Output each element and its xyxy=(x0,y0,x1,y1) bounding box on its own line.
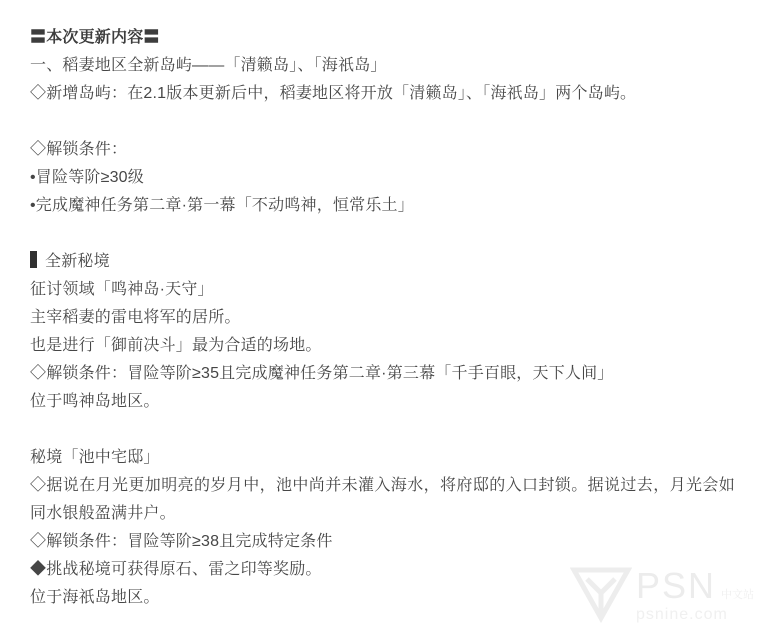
tenshukaku-location-line: 位于鸣神岛地区。 xyxy=(30,388,735,416)
pond-estate-name-line: 秘境「池中宅邸」 xyxy=(30,444,735,472)
islands-unlock-heading: ◇解锁条件： xyxy=(30,136,735,164)
psnine-brand-suffix: 中文站 xyxy=(721,590,754,601)
paragraph-gap xyxy=(30,108,735,136)
tenshukaku-desc-line: 也是进行「御前决斗」最为合适的场地。 xyxy=(30,332,735,360)
psnine-triangle-logo-icon xyxy=(570,563,632,628)
paragraph-gap xyxy=(30,220,735,248)
update-notes-content: 〓本次更新内容〓 一、稻妻地区全新岛屿——「清籁岛」、「海祇岛」 ◇新增岛屿：在… xyxy=(30,24,735,612)
update-notes-page: { "page": { "background": "#ffffff", "te… xyxy=(0,0,760,634)
new-islands-line: ◇新增岛屿：在2.1版本更新后中，稻妻地区将开放「清籁岛」、「海祇岛」两个岛屿。 xyxy=(30,80,735,108)
islands-unlock-item: •完成魔神任务第二章·第一幕「不动鸣神，恒常乐土」 xyxy=(30,192,735,220)
domains-section-heading: 全新秘境 xyxy=(30,248,735,276)
section-bar-icon xyxy=(30,251,37,268)
islands-section-heading: 一、稻妻地区全新岛屿——「清籁岛」、「海祇岛」 xyxy=(30,52,735,80)
psnine-watermark-text: PSN 中文站 psnine.com xyxy=(636,568,754,624)
tenshukaku-name-line: 征讨领域「鸣神岛·天守」 xyxy=(30,276,735,304)
psnine-brand-row: PSN 中文站 xyxy=(636,568,754,604)
psnine-site-label: psnine.com xyxy=(636,606,754,624)
islands-unlock-item: •冒险等阶≥30级 xyxy=(30,164,735,192)
update-title: 〓本次更新内容〓 xyxy=(30,24,735,52)
pond-estate-desc: ◇据说在月光更加明亮的岁月中，池中尚并未灌入海水，将府邸的入口封锁。据说过去，月… xyxy=(30,472,735,528)
psnine-watermark: PSN 中文站 psnine.com xyxy=(570,563,754,628)
tenshukaku-desc-line: 主宰稻妻的雷电将军的居所。 xyxy=(30,304,735,332)
pond-estate-unlock-line: ◇解锁条件：冒险等阶≥38且完成特定条件 xyxy=(30,528,735,556)
paragraph-gap xyxy=(30,416,735,444)
domains-section-heading-label: 全新秘境 xyxy=(45,253,110,270)
psnine-brand-label: PSN xyxy=(636,568,716,604)
tenshukaku-unlock-line: ◇解锁条件：冒险等阶≥35且完成魔神任务第二章·第三幕「千手百眼，天下人间」 xyxy=(30,360,735,388)
